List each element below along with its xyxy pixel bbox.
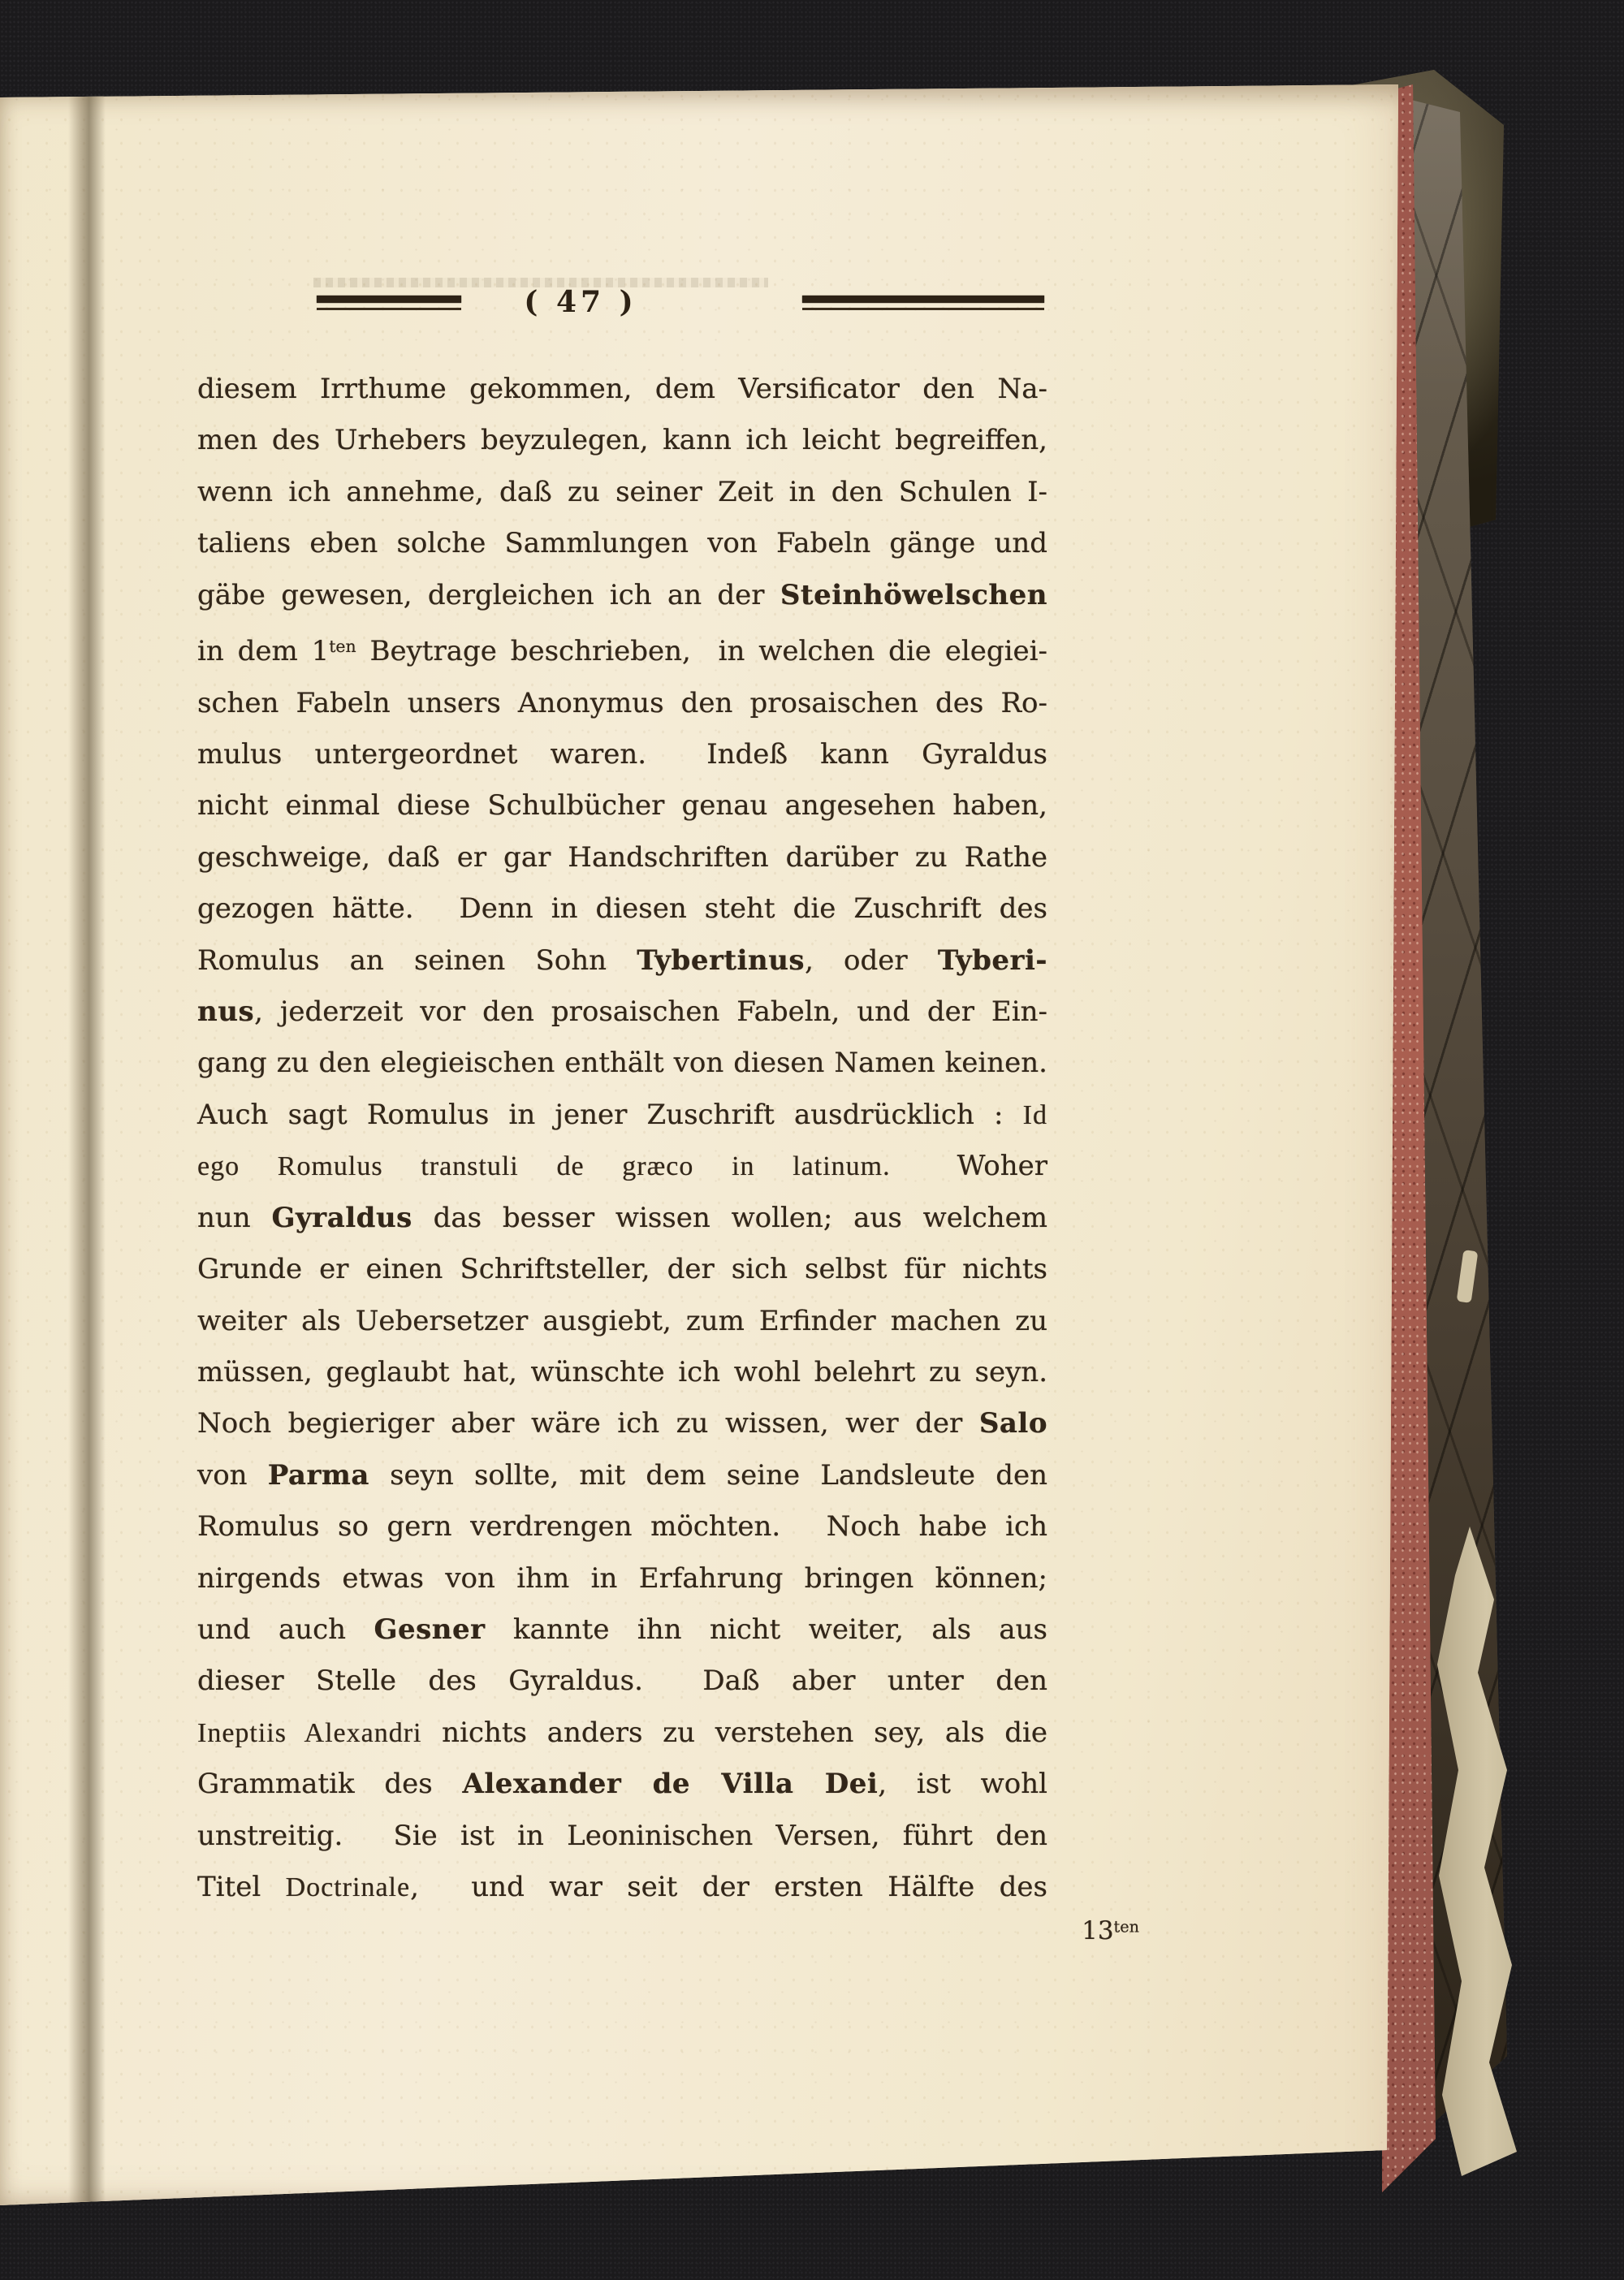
text-line: nun Gyraldus das besser wissen wollen; a… — [197, 1193, 1047, 1244]
gutter-fold-shadow — [68, 84, 106, 2205]
scan-background: ( 47 ) diesem Irrthume gekommen, dem Ver… — [0, 0, 1624, 2280]
text-line: nicht einmal diese Schulbücher genau ang… — [197, 780, 1047, 831]
text-line: weiter als Uebersetzer ausgiebt, zum Erf… — [197, 1296, 1047, 1347]
text-line: nirgends etwas von ihm in Erfahrung brin… — [197, 1553, 1047, 1604]
text-segment: , und war seit der ersten Hälfte des — [410, 1871, 1047, 1903]
text-segment: geschweige, daß er gar Handschriften dar… — [197, 841, 1047, 874]
text-line: Grunde er einen Schriftsteller, der sich… — [197, 1244, 1047, 1295]
text-segment: , jederzeit vor den prosaischen Fabeln, … — [254, 995, 1047, 1028]
text-segment: nun — [197, 1202, 272, 1234]
text-line: wenn ich annehme, daß zu seiner Zeit in … — [197, 467, 1047, 518]
text-line: Auch sagt Romulus in jener Zuschrift aus… — [197, 1090, 1047, 1141]
text-segment: Woher — [891, 1150, 1047, 1182]
text-line: und auch Gesner kannte ihn nicht weiter,… — [197, 1604, 1047, 1656]
text-segment: diesem Irrthume gekommen, dem Versificat… — [197, 373, 1047, 405]
text-segment: müssen, geglaubt hat, wünschte ich wohl … — [197, 1356, 1047, 1388]
text-line: dieser Stelle des Gyraldus. Daß aber unt… — [197, 1656, 1047, 1707]
text-segment: Ineptiis Alexandri — [197, 1718, 421, 1748]
text-segment: unstreitig. Sie ist in Leoninischen Vers… — [197, 1820, 1047, 1852]
text-segment: Tyberi- — [938, 944, 1047, 977]
text-segment: in dem 1 — [197, 635, 329, 667]
text-line: schen Fabeln unsers Anonymus den prosais… — [197, 678, 1047, 729]
book-page: ( 47 ) diesem Irrthume gekommen, dem Ver… — [0, 84, 1410, 2205]
text-segment: Grammatik des — [197, 1768, 463, 1800]
text-line: von Parma seyn sollte, mit dem seine Lan… — [197, 1450, 1047, 1501]
text-line: in dem 1ten Beytrage beschrieben, in wel… — [197, 621, 1047, 678]
text-line: gezogen hätte. Denn in diesen steht die … — [197, 883, 1047, 935]
text-segment: seyn sollte, mit dem seine Landsleute de… — [369, 1459, 1047, 1492]
cover-torn-edge — [1437, 1526, 1527, 2176]
page-number: ( 47 ) — [503, 284, 658, 320]
text-segment: das besser wissen wollen; aus welchem — [412, 1202, 1047, 1234]
text-segment: weiter als Uebersetzer ausgiebt, zum Erf… — [197, 1305, 1047, 1337]
text-line: gäbe gewesen, dergleichen ich an der Ste… — [197, 570, 1047, 621]
text-line: nus, jederzeit vor den prosaischen Fabel… — [197, 987, 1047, 1038]
text-segment: Parma — [268, 1459, 369, 1492]
text-line: geschweige, daß er gar Handschriften dar… — [197, 832, 1047, 883]
text-line: mulus untergeordnet waren. Indeß kann Gy… — [197, 729, 1047, 780]
text-segment: , oder — [805, 944, 938, 977]
text-line: Titel Doctrinale, und war seit der erste… — [197, 1862, 1047, 1913]
text-segment: gäbe gewesen, dergleichen ich an der — [197, 579, 780, 611]
text-segment: Gesner — [374, 1613, 486, 1646]
text-segment: nichts anders zu verstehen sey, als die — [421, 1716, 1047, 1749]
text-segment: Alexander de Villa Dei — [463, 1768, 879, 1800]
text-segment: Gyraldus — [272, 1202, 412, 1234]
text-segment: gezogen hätte. Denn in diesen steht die … — [197, 892, 1047, 925]
text-segment: Beytrage beschrieben, in welchen die ele… — [356, 635, 1047, 667]
page-header: ( 47 ) — [0, 284, 1410, 320]
text-line: Romulus an seinen Sohn Tybertinus, oder … — [197, 935, 1047, 987]
text-segment: schen Fabeln unsers Anonymus den prosais… — [197, 687, 1047, 719]
text-line: ego Romulus transtuli de græco in latinu… — [197, 1141, 1047, 1192]
text-line: taliens eben solche Sammlungen von Fabel… — [197, 518, 1047, 569]
text-segment: dieser Stelle des Gyraldus. Daß aber unt… — [197, 1665, 1047, 1697]
text-segment: kannte ihn nicht weiter, als aus — [486, 1613, 1047, 1646]
text-segment: und auch — [197, 1613, 374, 1646]
text-block: diesem Irrthume gekommen, dem Versificat… — [197, 364, 1047, 1913]
text-segment: nicht einmal diese Schulbücher genau ang… — [197, 789, 1047, 822]
text-line: Romulus so gern verdrengen möchten. Noch… — [197, 1501, 1047, 1552]
text-line: diesem Irrthume gekommen, dem Versificat… — [197, 364, 1047, 415]
text-segment: Salo — [979, 1407, 1047, 1440]
text-segment: Grunde er einen Schriftsteller, der sich… — [197, 1253, 1047, 1285]
text-segment: ten — [329, 637, 356, 656]
text-segment: ego Romulus transtuli de græco in latinu… — [197, 1151, 891, 1181]
text-line: men des Urhebers beyzulegen, kann ich le… — [197, 415, 1047, 466]
catchword-base: 13 — [1082, 1916, 1113, 1945]
text-segment: von — [197, 1459, 268, 1492]
catchword-superscript: ten — [1114, 1917, 1139, 1936]
text-segment: Id — [1023, 1100, 1047, 1130]
text-line: Noch begieriger aber wäre ich zu wissen,… — [197, 1398, 1047, 1449]
text-segment: Romulus an seinen Sohn — [197, 944, 637, 977]
text-segment: Romulus so gern verdrengen möchten. Noch… — [197, 1510, 1047, 1543]
text-segment: nus — [197, 995, 254, 1028]
text-segment: , ist wohl — [878, 1768, 1047, 1800]
catchword: 13ten — [1009, 1916, 1139, 1945]
text-segment: Doctrinale — [286, 1872, 411, 1902]
text-segment: men des Urhebers beyzulegen, kann ich le… — [197, 424, 1047, 456]
text-segment: wenn ich annehme, daß zu seiner Zeit in … — [197, 476, 1047, 508]
text-segment: Steinhöwelschen — [780, 579, 1047, 611]
text-segment: Tybertinus — [637, 944, 805, 977]
text-segment: Titel — [197, 1871, 286, 1903]
text-line: Grammatik des Alexander de Villa Dei, is… — [197, 1759, 1047, 1810]
text-line: müssen, geglaubt hat, wünschte ich wohl … — [197, 1347, 1047, 1398]
text-line: unstreitig. Sie ist in Leoninischen Vers… — [197, 1811, 1047, 1862]
text-segment: Noch begieriger aber wäre ich zu wissen,… — [197, 1407, 979, 1440]
text-segment: taliens eben solche Sammlungen von Fabel… — [197, 527, 1047, 559]
text-segment: gang zu den elegieischen enthält von die… — [197, 1047, 1047, 1079]
text-segment: Auch sagt Romulus in jener Zuschrift aus… — [197, 1099, 1023, 1131]
text-segment: mulus untergeordnet waren. Indeß kann Gy… — [197, 738, 1047, 771]
text-line: Ineptiis Alexandri nichts anders zu vers… — [197, 1708, 1047, 1759]
header-rule-right — [802, 296, 1044, 310]
header-rule-left — [317, 296, 461, 310]
text-segment: nirgends etwas von ihm in Erfahrung brin… — [197, 1562, 1047, 1595]
text-line: gang zu den elegieischen enthält von die… — [197, 1038, 1047, 1089]
